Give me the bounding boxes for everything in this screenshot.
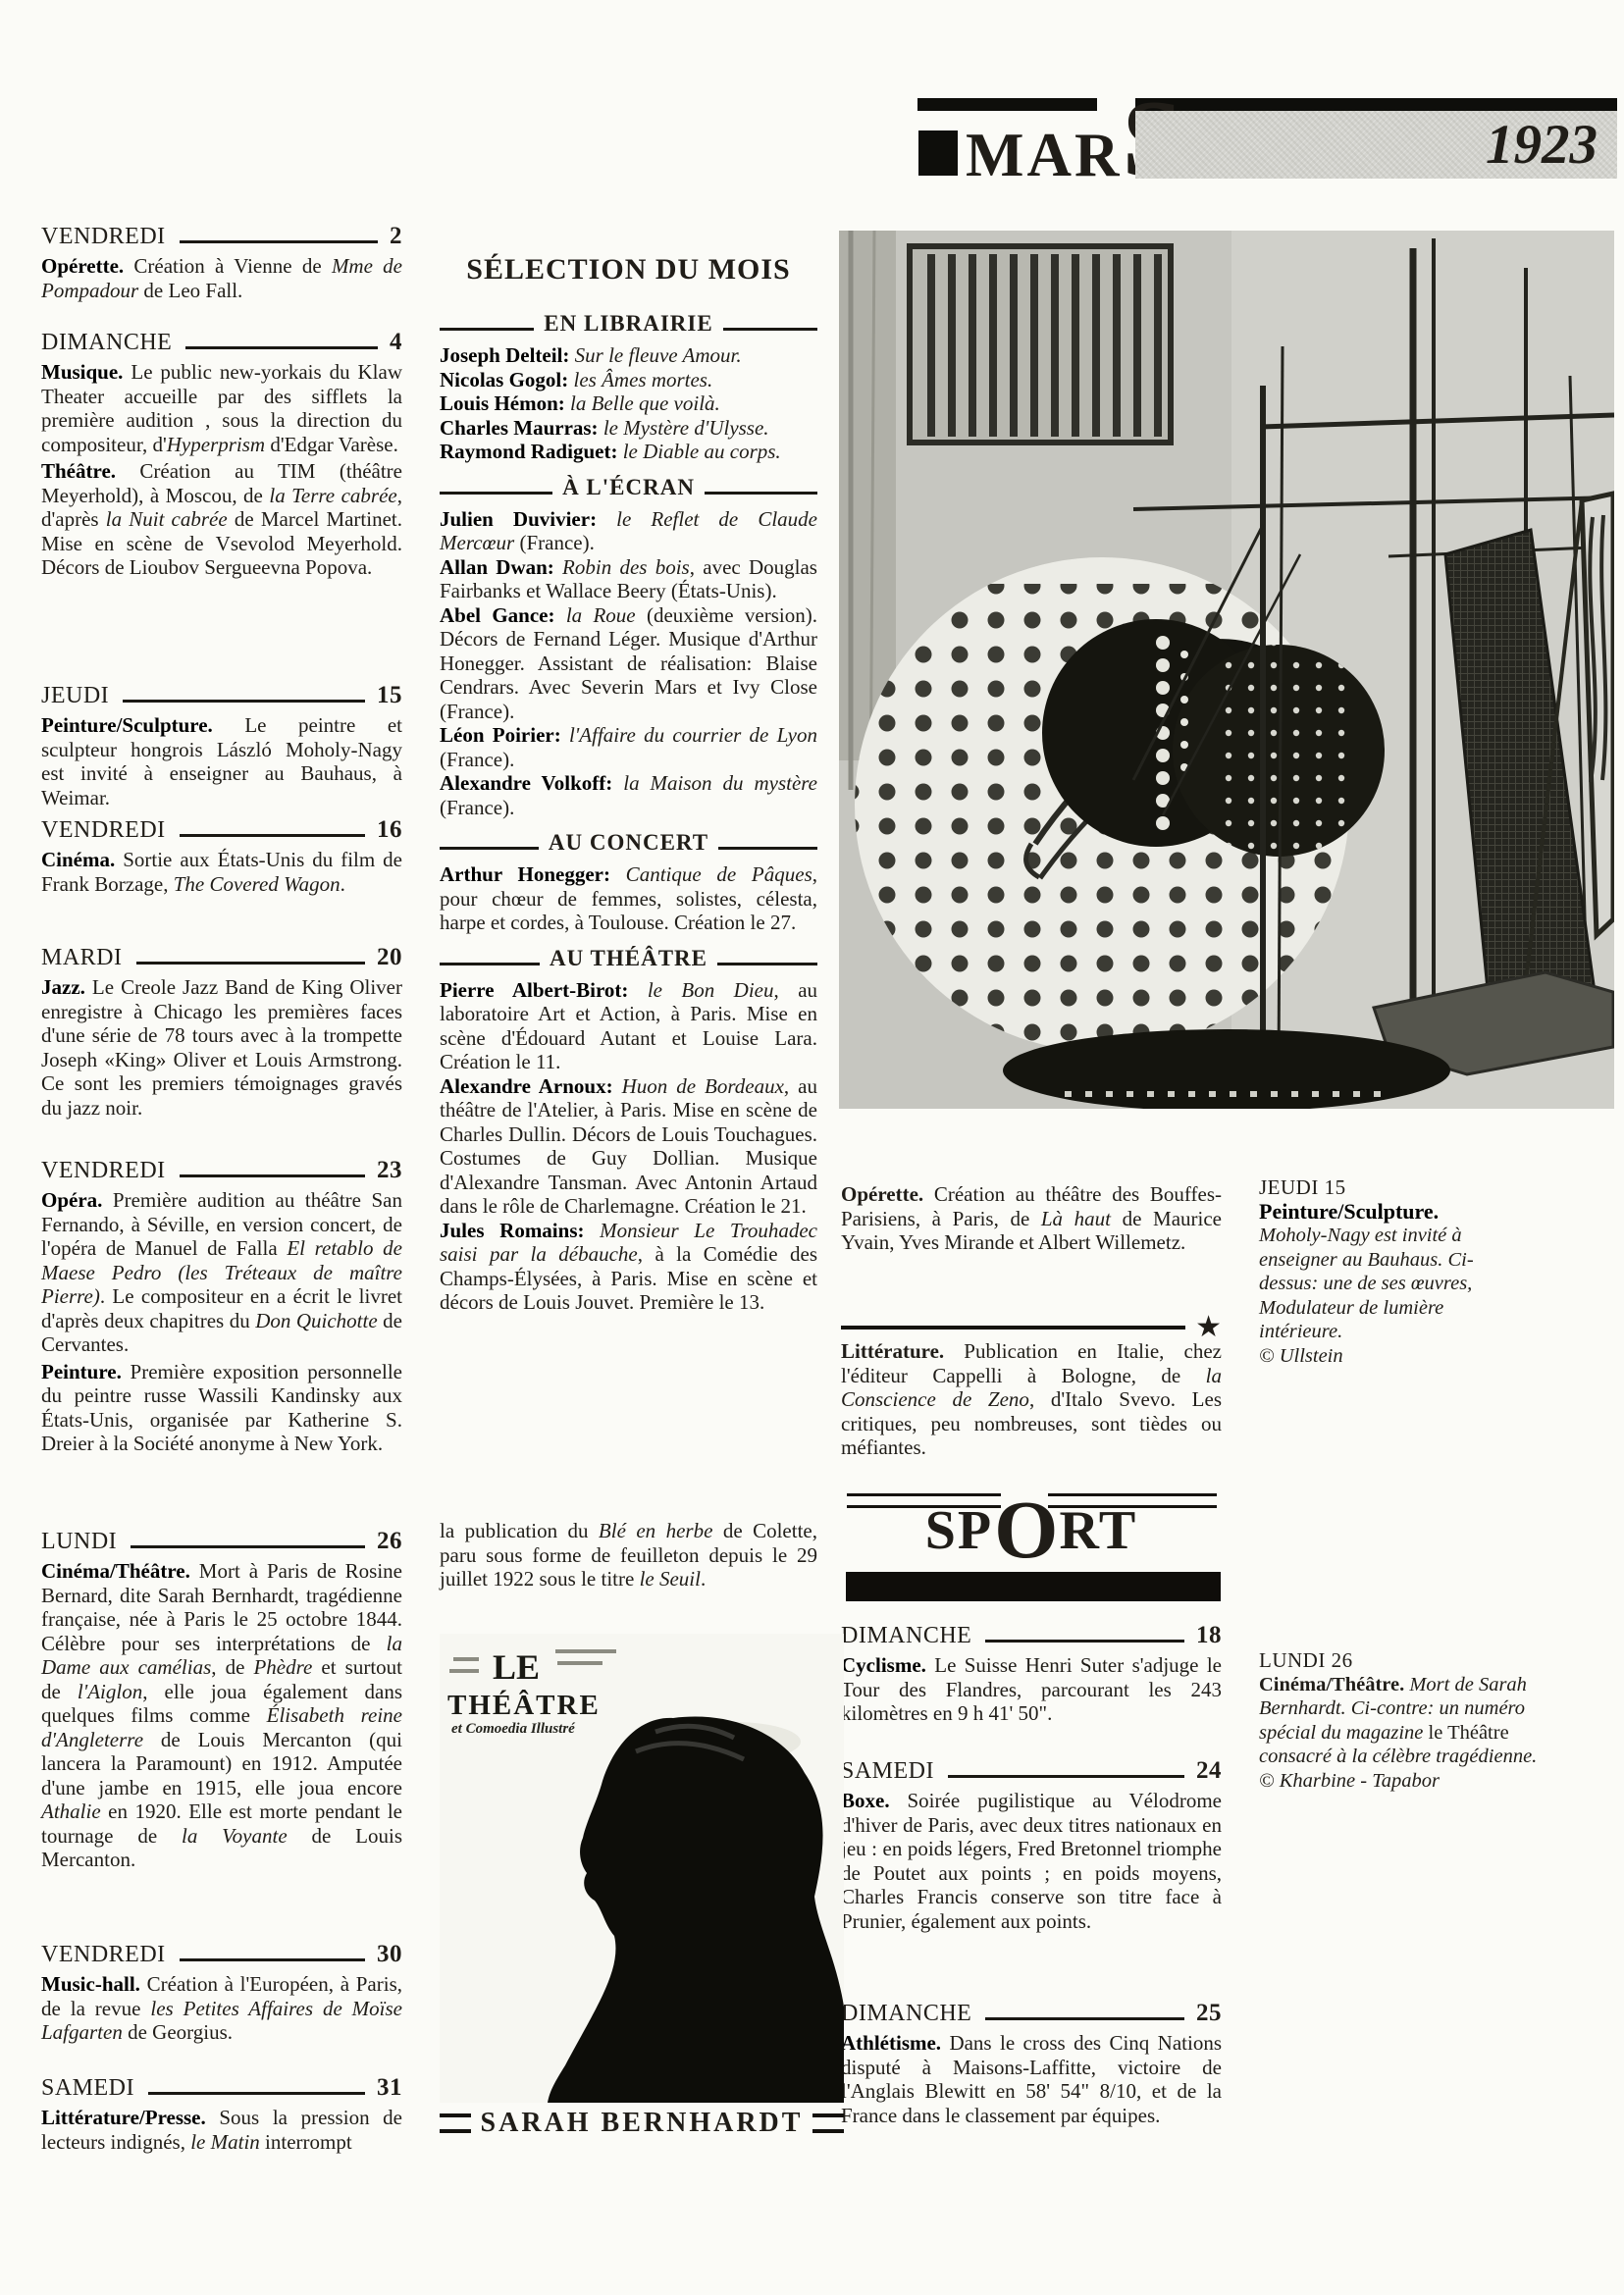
calendar-entry: DIMANCHE 25 Athlétisme. Dans le cross de… [841,1999,1222,2127]
entry-body: Boxe. Soirée pugilistique au Vélodrome d… [841,1789,1222,1933]
caption-day: JEUDI 15 [1259,1175,1522,1200]
section-item: Alexandre Volkoff: la Maison du mystère … [440,771,817,819]
entry-header: JEUDI 15 [41,681,402,710]
entry-body: Littérature/Presse. Sous la pression de … [41,2106,402,2154]
sport-title-rt: RT [1059,1503,1137,1558]
entry-body: Théâtre. Création au TIM (théâtre Meyerh… [41,459,402,580]
entry-header: VENDREDI 30 [41,1940,402,1969]
section-item: Joseph Delteil: Sur le fleuve Amour. [440,343,817,368]
heading-rule [718,847,817,850]
sport-black-bar [846,1572,1221,1601]
entry-day: VENDREDI [41,815,166,845]
caption-endmark-icon [440,2113,471,2133]
section-item: Arthur Honegger: Cantique de Pâques, pou… [440,862,817,935]
entry-date-number: 4 [390,328,402,357]
heading-label: AU THÉÂTRE [550,945,707,972]
section-heading: AU CONCERT [440,829,817,857]
entry-rule [180,1174,365,1177]
entry-rule [136,962,365,965]
entry-date-number: 16 [377,815,402,845]
entry-rule [985,2017,1184,2020]
entry-body: Cyclisme. Le Suisse Henri Suter s'adjuge… [841,1653,1222,1726]
entry-header: LUNDI 26 [41,1527,402,1556]
cover-caption-text: SARAH BERNHARDT [481,2108,804,2139]
entry-header: DIMANCHE 4 [41,328,402,357]
masthead-rule-right [1135,98,1617,111]
entry-rule [185,346,378,349]
selection-title: SÉLECTION DU MOIS [440,253,817,287]
entry-rule [148,2092,365,2095]
entry-header: VENDREDI 16 [41,815,402,845]
heading-rule [723,328,817,331]
entry-rule [948,1775,1184,1778]
separator-rule [841,1326,1185,1330]
entry-day: DIMANCHE [841,1621,971,1650]
entry-body: Jazz. Le Creole Jazz Band de King Oliver… [41,975,402,1120]
caption-category: Peinture/Sculpture. [1259,1200,1522,1225]
heading-label: À L'ÉCRAN [562,474,695,501]
entry-date-number: 15 [377,681,402,710]
calendar-entry: JEUDI 15 Peinture/Sculpture. Le peintre … [41,681,402,809]
section-item: Léon Poirier: l'Affaire du courrier de L… [440,723,817,771]
litterature-paragraph: Littérature. Publication en Italie, chez… [841,1339,1222,1460]
entry-header: VENDREDI 23 [41,1156,402,1185]
calendar-entry: DIMANCHE 4 Musique. Le public new-yorkai… [41,328,402,580]
sport-title-o: O [994,1497,1058,1563]
entry-rule [180,1958,365,1961]
entry-rule [123,700,365,703]
caption-credit: © Ullstein [1259,1344,1522,1369]
sport-title-sp: SP [925,1503,993,1558]
year-label: 1923 [1486,113,1598,177]
entry-date-number: 23 [377,1156,402,1185]
entry-body: Peinture. Première exposition personnell… [41,1360,402,1456]
entry-body: Music-hall. Création à l'Européen, à Par… [41,1972,402,2045]
square-bullet-icon [918,130,958,176]
entry-day: DIMANCHE [841,1999,971,2028]
heading-rule [440,847,539,850]
entry-body: Athlétisme. Dans le cross des Cinq Natio… [841,2031,1222,2127]
entry-body: Cinéma/Théâtre. Mort à Paris de Rosine B… [41,1559,402,1872]
entry-day: VENDREDI [41,222,166,251]
sport-title: SP O RT [841,1497,1222,1563]
section-item: Alexandre Arnoux: Huon de Bordeaux, au t… [440,1074,817,1219]
calendar-entry: SAMEDI 24 Boxe. Soirée pugilistique au V… [841,1756,1222,1933]
cover-title-le: LE [493,1647,540,1687]
entry-header: SAMEDI 24 [841,1756,1222,1786]
section-heading: À L'ÉCRAN [440,474,817,501]
year-box: 1923 [1135,111,1617,179]
cover-title-theatre: THÉÂTRE [447,1689,601,1721]
star-icon: ★ [1195,1313,1222,1342]
selection-du-mois: SÉLECTION DU MOIS EN LIBRAIRIE Joseph De… [440,253,817,1315]
heading-label: AU CONCERT [549,829,708,857]
section-item: Nicolas Gogol: les Âmes mortes. [440,368,817,392]
caption-day: LUNDI 26 [1259,1648,1545,1673]
magazine-page: MAR S 1923 VENDREDI 2 Opérette. Création… [0,0,1624,2295]
saturday31-continuation: la publication du Blé en herbe de Colett… [440,1519,817,1591]
operette-paragraph: Opérette. Création au théâtre des Bouffe… [841,1182,1222,1255]
section-item: Pierre Albert-Birot: le Bon Dieu, au lab… [440,978,817,1074]
moholy-nagy-photo [839,231,1614,1109]
calendar-entry: MARDI 20 Jazz. Le Creole Jazz Band de Ki… [41,943,402,1120]
entry-day: SAMEDI [41,2073,134,2103]
entry-date-number: 20 [377,943,402,972]
entry-day: DIMANCHE [41,328,172,357]
section-item: Charles Maurras: le Mystère d'Ulysse. [440,416,817,441]
entry-date-number: 18 [1196,1621,1222,1650]
entry-header: SAMEDI 31 [41,2073,402,2103]
calendar-entry: VENDREDI 2 Opérette. Création à Vienne d… [41,222,402,302]
section-heading: AU THÉÂTRE [440,945,817,972]
entry-body: Cinéma. Sortie aux États-Unis du film de… [41,848,402,896]
calendar-entry: LUNDI 26 Cinéma/Théâtre. Mort à Paris de… [41,1527,402,1872]
calendar-entry: DIMANCHE 18 Cyclisme. Le Suisse Henri Su… [841,1621,1222,1726]
entry-header: DIMANCHE 25 [841,1999,1222,2028]
entry-body: Opérette. Création à Vienne de Mme de Po… [41,254,402,302]
month-label: MAR [966,125,1122,186]
entry-header: VENDREDI 2 [41,222,402,251]
entry-day: SAMEDI [841,1756,934,1786]
calendar-entry: SAMEDI 31 Littérature/Presse. Sous la pr… [41,2073,402,2154]
calendar-entry: VENDREDI 30 Music-hall. Création à l'Eur… [41,1940,402,2045]
section-item: Raymond Radiguet: le Diable au corps. [440,440,817,464]
heading-rule [440,328,534,331]
section-item: Jules Romains: Monsieur Le Trouhadec sai… [440,1219,817,1315]
calendar-entry: VENDREDI 23 Opéra. Première audition au … [41,1156,402,1456]
calendar-entry: VENDREDI 16 Cinéma. Sortie aux États-Uni… [41,815,402,896]
section-item: Julien Duvivier: le Reflet de Claude Mer… [440,507,817,555]
entry-date-number: 31 [377,2073,402,2103]
entry-date-number: 30 [377,1940,402,1969]
entry-rule [180,240,378,243]
entry-date-number: 26 [377,1527,402,1556]
heading-label: EN LIBRAIRIE [544,310,712,338]
magazine-cover: LE THÉÂTRE et Comoedia Illustré [440,1634,844,2103]
cover-caption: SARAH BERNHARDT [440,2108,844,2139]
photo-caption-jeudi15: JEUDI 15 Peinture/Sculpture. Moholy-Nagy… [1259,1175,1522,1368]
caption-text: Cinéma/Théâtre. Mort de Sarah Bernhardt.… [1259,1673,1545,1769]
caption-rich: Cinéma/Théâtre. Mort de Sarah Bernhardt.… [1259,1674,1537,1768]
caption-credit: © Kharbine - Tapabor [1259,1769,1545,1794]
caption-text: Moholy-Nagy est invité à enseigner au Ba… [1259,1224,1522,1344]
entry-day: LUNDI [41,1527,117,1556]
heading-rule [440,963,540,965]
heading-rule [717,963,817,965]
section-item: Allan Dwan: Robin des bois, avec Douglas… [440,555,817,603]
entry-header: DIMANCHE 18 [841,1621,1222,1650]
entry-rule [985,1640,1184,1643]
section-item: Abel Gance: la Roue (deuxième version). … [440,603,817,724]
entry-date-number: 24 [1196,1756,1222,1786]
entry-date-number: 2 [390,222,402,251]
entry-body: Musique. Le public new-yorkais du Klaw T… [41,360,402,456]
entry-header: MARDI 20 [41,943,402,972]
caption-endmark-icon [812,2113,844,2133]
cover-subtitle: et Comoedia Illustré [451,1721,576,1737]
entry-rule [180,834,365,837]
entry-day: VENDREDI [41,1156,166,1185]
heading-rule [705,492,817,495]
entry-day: MARDI [41,943,123,972]
section-item: Louis Hémon: la Belle que voilà. [440,391,817,416]
entry-rule [131,1545,365,1548]
cover-caption-lundi26: LUNDI 26 Cinéma/Théâtre. Mort de Sarah B… [1259,1648,1545,1793]
entry-body: Opéra. Première audition au théâtre San … [41,1188,402,1357]
entry-day: JEUDI [41,681,109,710]
star-separator: ★ [841,1313,1222,1342]
entry-body: Peinture/Sculpture. Le peintre et sculpt… [41,713,402,809]
entry-date-number: 25 [1196,1999,1222,2028]
entry-day: VENDREDI [41,1940,166,1969]
section-heading: EN LIBRAIRIE [440,310,817,338]
heading-rule [440,492,552,495]
